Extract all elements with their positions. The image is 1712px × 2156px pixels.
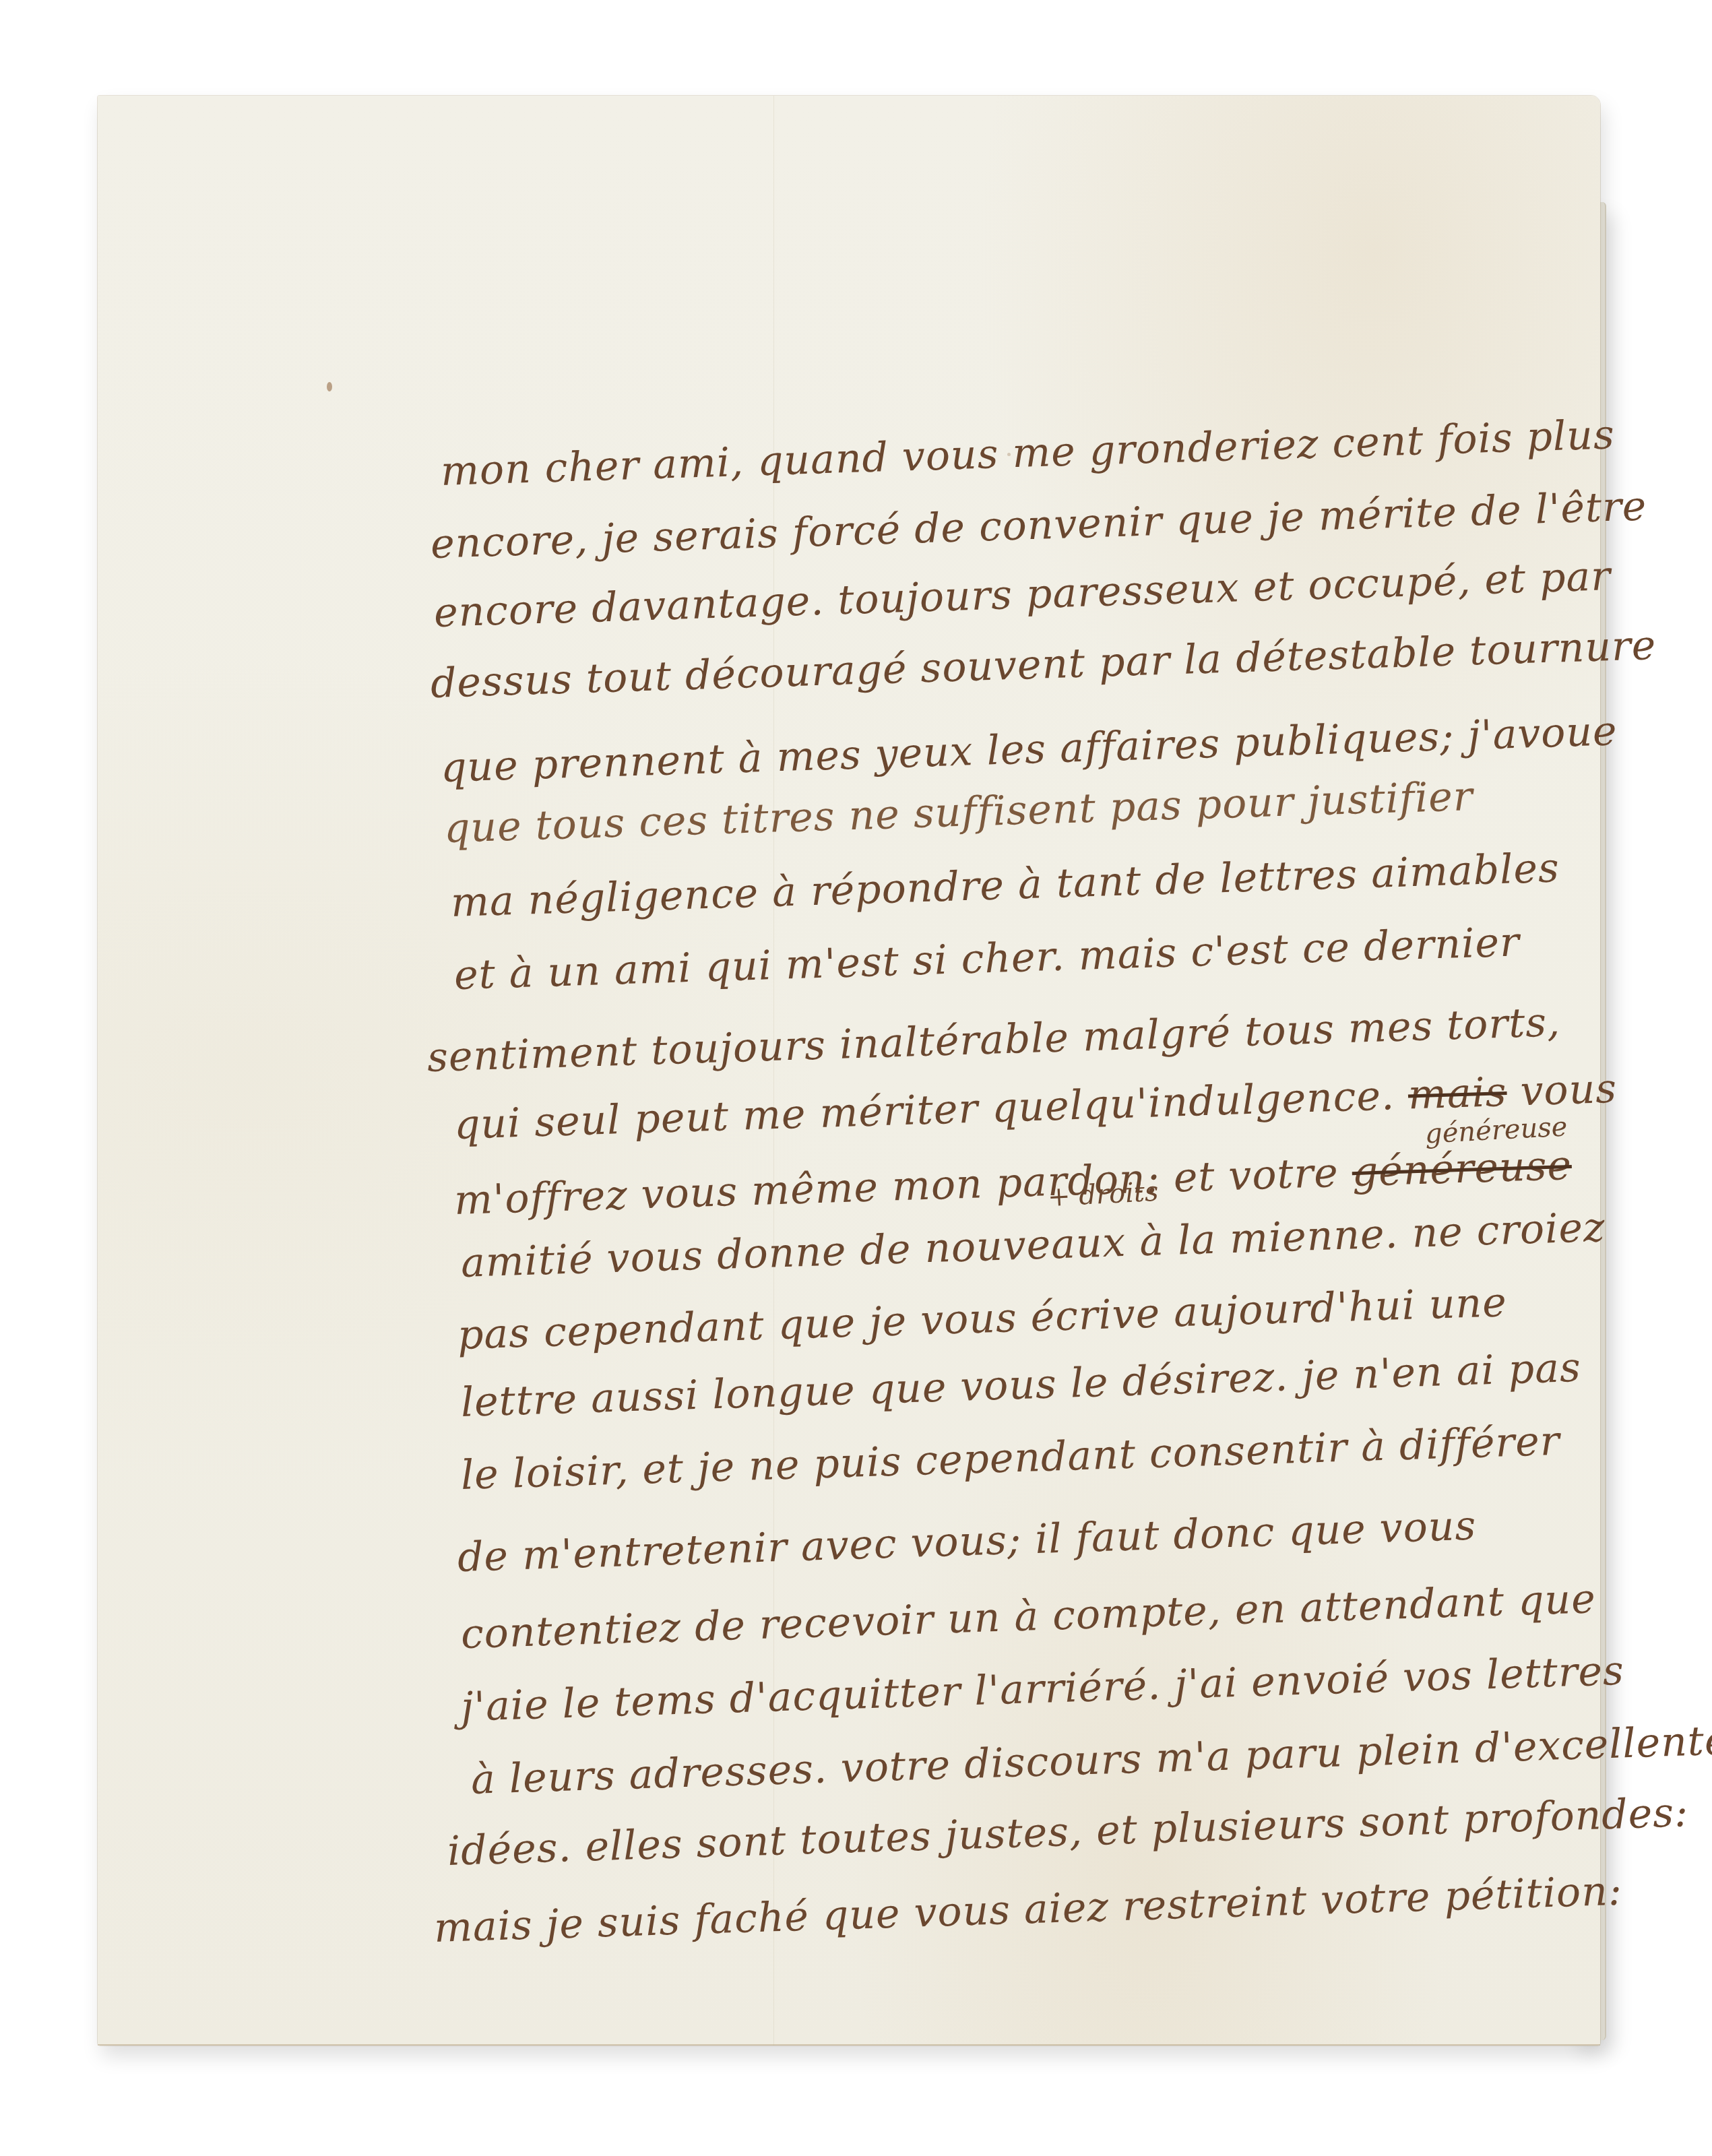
- foxing-spot: [327, 382, 332, 391]
- line-10-tail: vous: [1519, 1065, 1618, 1115]
- struck-word: mais: [1407, 1069, 1508, 1119]
- struck-word: généreuse: [1352, 1142, 1573, 1196]
- interlinear-insertion: + droits: [1047, 1176, 1160, 1213]
